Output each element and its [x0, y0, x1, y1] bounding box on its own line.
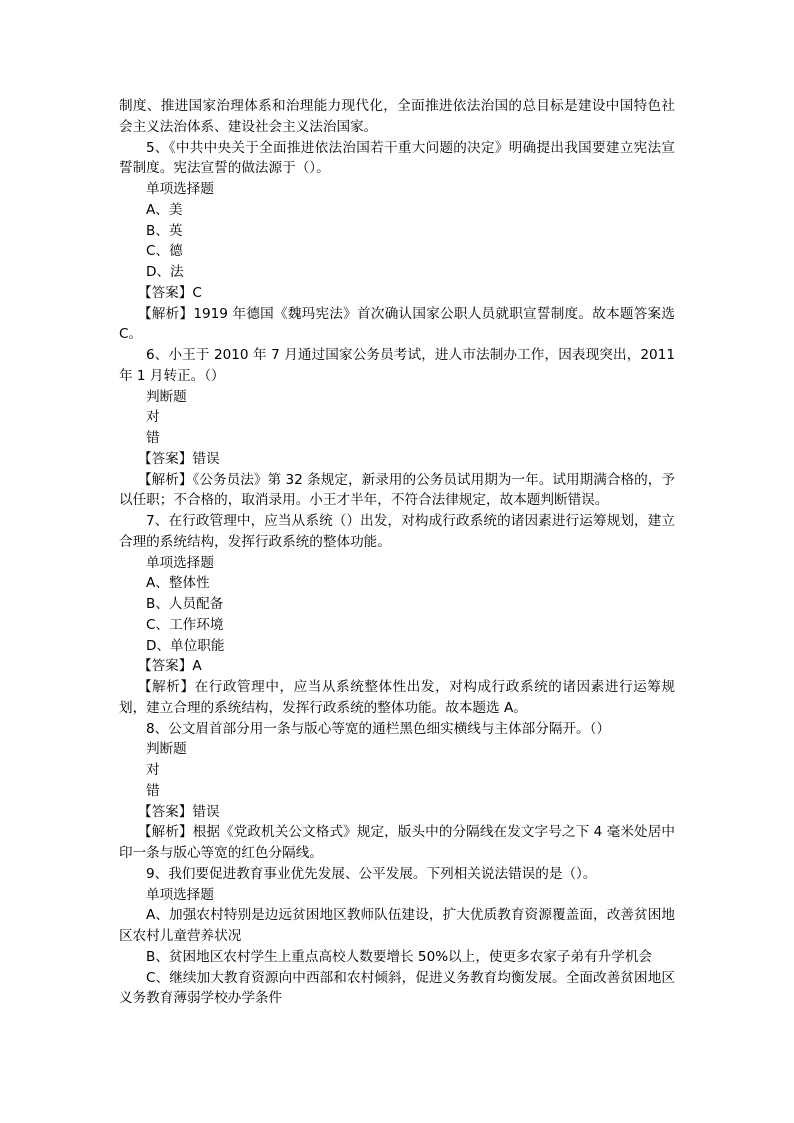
answer: 【答案】C	[119, 283, 675, 304]
question-type: 判断题	[119, 387, 675, 408]
option-d: D、单位职能	[119, 636, 675, 657]
question-stem: 5、《中共中央关于全面推进依法治国若干重大问题的决定》明确提出我国要建立宪法宣誓…	[119, 138, 675, 180]
question-5: 5、《中共中央关于全面推进依法治国若干重大问题的决定》明确提出我国要建立宪法宣誓…	[119, 138, 675, 346]
option-b: B、人员配备	[119, 594, 675, 615]
option-true: 对	[119, 407, 675, 428]
option-a: A、美	[119, 200, 675, 221]
option-false: 错	[119, 781, 675, 802]
answer: 【答案】错误	[119, 802, 675, 823]
question-stem: 8、公文眉首部分用一条与版心等宽的通栏黑色细实横线与主体部分隔开。（）	[119, 719, 675, 740]
option-false: 错	[119, 428, 675, 449]
question-9: 9、我们要促进教育事业优先发展、公平发展。下列相关说法错误的是（）。 单项选择题…	[119, 864, 675, 1009]
question-8: 8、公文眉首部分用一条与版心等宽的通栏黑色细实横线与主体部分隔开。（） 判断题 …	[119, 719, 675, 864]
answer: 【答案】错误	[119, 449, 675, 470]
answer: 【答案】A	[119, 656, 675, 677]
analysis: 【解析】1919 年德国《魏玛宪法》首次确认国家公职人员就职宣誓制度。故本题答案…	[119, 304, 675, 346]
question-type: 单项选择题	[119, 885, 675, 906]
option-c: C、工作环境	[119, 615, 675, 636]
option-a: A、整体性	[119, 573, 675, 594]
question-type: 判断题	[119, 739, 675, 760]
question-stem: 6、小王于 2010 年 7 月通过国家公务员考试，进人市法制办工作，因表现突出…	[119, 345, 675, 387]
intro-paragraph: 制度、推进国家治理体系和治理能力现代化，全面推进依法治国的总目标是建设中国特色社…	[119, 96, 675, 138]
analysis: 【解析】在行政管理中，应当从系统整体性出发，对构成行政系统的诸因素进行运筹规划，…	[119, 677, 675, 719]
question-stem: 9、我们要促进教育事业优先发展、公平发展。下列相关说法错误的是（）。	[119, 864, 675, 885]
analysis: 【解析】根据《党政机关公文格式》规定，版头中的分隔线在发文字号之下 4 毫米处居…	[119, 822, 675, 864]
option-a: A、加强农村特别是边远贫困地区教师队伍建设，扩大优质教育资源覆盖面，改善贫困地区…	[119, 905, 675, 947]
option-true: 对	[119, 760, 675, 781]
option-c: C、德	[119, 241, 675, 262]
question-7: 7、在行政管理中，应当从系统（）出发，对构成行政系统的诸因素进行运筹规划，建立合…	[119, 511, 675, 719]
question-type: 单项选择题	[119, 179, 675, 200]
option-b: B、英	[119, 221, 675, 242]
document-page: 制度、推进国家治理体系和治理能力现代化，全面推进依法治国的总目标是建设中国特色社…	[119, 96, 675, 1009]
option-d: D、法	[119, 262, 675, 283]
option-b: B、贫困地区农村学生上重点高校人数要增长 50%以上，使更多农家子弟有升学机会	[119, 947, 675, 968]
question-type: 单项选择题	[119, 553, 675, 574]
question-6: 6、小王于 2010 年 7 月通过国家公务员考试，进人市法制办工作，因表现突出…	[119, 345, 675, 511]
question-stem: 7、在行政管理中，应当从系统（）出发，对构成行政系统的诸因素进行运筹规划，建立合…	[119, 511, 675, 553]
analysis: 【解析】《公务员法》第 32 条规定，新录用的公务员试用期为一年。试用期满合格的…	[119, 470, 675, 512]
option-c: C、继续加大教育资源向中西部和农村倾斜，促进义务教育均衡发展。全面改善贫困地区义…	[119, 968, 675, 1010]
